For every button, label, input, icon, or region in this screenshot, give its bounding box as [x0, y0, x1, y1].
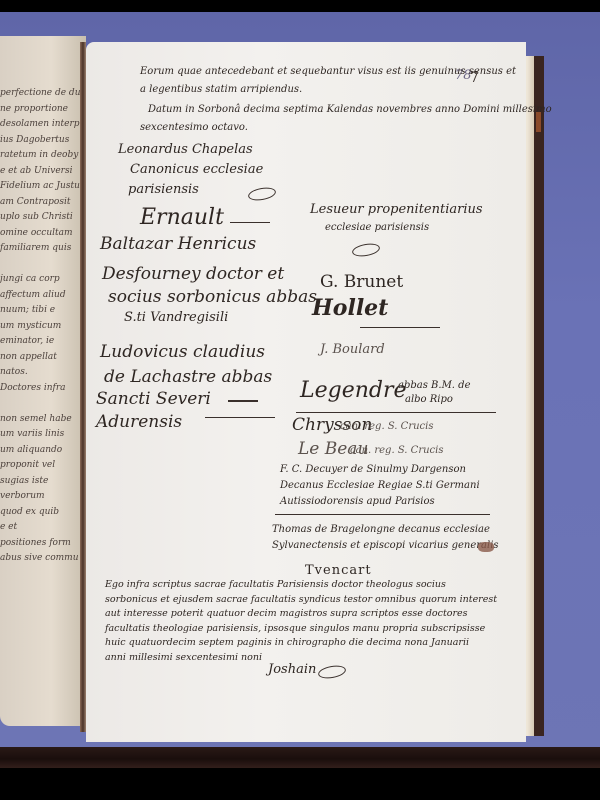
left-page-line: perfectione de duoq.: [0, 86, 84, 102]
signature-legendre: Legendre: [300, 378, 407, 403]
left-page-line: e et: [0, 520, 84, 536]
left-page-line: eminator, ie: [0, 334, 84, 350]
signature-bragelongne-1: Thomas de Bragelongne decanus ecclesiae: [272, 524, 490, 535]
left-page-line: natos.: [0, 365, 84, 381]
preamble-line-3: Datum in Sorbonâ decima septima Kalendas…: [148, 104, 552, 115]
underline: [228, 400, 258, 402]
preamble-line-1: Eorum quae antecedebant et sequebantur v…: [140, 66, 516, 77]
signature-desfourney-2: socius sorbonicus abbas: [108, 287, 317, 307]
attestation-line: facultatis theologiae parisiensis, ipsos…: [105, 622, 510, 637]
signature-lebeau-2: can. reg. S. Crucis: [350, 445, 443, 456]
signature-boulard: J. Boulard: [320, 342, 385, 357]
left-page-line: positiones form: [0, 536, 84, 552]
left-page-text: perfectione de duoq.ne proportionedesola…: [0, 86, 84, 567]
attestation-paragraph: Ego infra scriptus sacrae facultatis Par…: [105, 578, 510, 665]
left-page-line: ius Dagobertus: [0, 133, 84, 149]
left-page-line: abus sive commu: [0, 551, 84, 567]
left-page-line: omine occultam: [0, 226, 84, 242]
signature-chrysson-2: can. reg. S. Crucis: [340, 421, 433, 432]
preamble-line-4: sexcentesimo octavo.: [140, 122, 248, 133]
attestation-line: Ego infra scriptus sacrae facultatis Par…: [105, 578, 510, 593]
signature-chapelas-3: parisiensis: [128, 182, 199, 197]
left-page-line: uplo sub Christi: [0, 210, 84, 226]
left-page-line: desolamen interpel: [0, 117, 84, 133]
left-page-line: non semel habe: [0, 412, 84, 428]
preamble-line-2: a legentibus statim arripiendus.: [140, 84, 302, 95]
left-page-line: um mysticum: [0, 319, 84, 335]
left-page-line: nuum; tibi e: [0, 303, 84, 319]
signature-desfourney-1: Desfourney doctor et: [102, 264, 284, 284]
divider: [296, 412, 496, 413]
attestation-line: aut interesse poterit quatuor decim magi…: [105, 607, 510, 622]
signature-ernault: Ernault: [140, 205, 224, 230]
rust-stain: [536, 112, 541, 132]
left-page-line: quod ex quib: [0, 505, 84, 521]
signature-chapelas-1: Leonardus Chapelas: [118, 142, 253, 157]
underline: [230, 222, 270, 223]
signature-lachastre-1: Ludovicus claudius: [100, 342, 265, 362]
underline: [205, 417, 275, 418]
left-page-line: um variis linis: [0, 427, 84, 443]
signature-legendre-2: abbas B.M. de: [398, 380, 470, 391]
signature-hollet: Hollet: [312, 295, 388, 321]
signature-chapelas-2: Canonicus ecclesiae: [130, 162, 263, 177]
left-page-line: [0, 396, 84, 412]
signature-baltazar: Baltazar Henricus: [100, 234, 256, 254]
signature-bragelongne-2: Sylvanectensis et episcopi vicarius gene…: [272, 540, 499, 551]
left-page-line: affectum aliud: [0, 288, 84, 304]
signature-tvencart: Tvencart: [305, 563, 372, 578]
signature-decuyer-1: F. C. Decuyer de Sinulmy Dargenson: [280, 464, 466, 475]
divider: [275, 514, 490, 515]
left-page-line: jungi ca corp: [0, 272, 84, 288]
left-page-line: am Contraposit: [0, 195, 84, 211]
attestation-line: huic quatuordecim septem paginis in chir…: [105, 636, 510, 651]
left-page: perfectione de duoq.ne proportionedesola…: [0, 36, 86, 726]
signature-lachastre-2: de Lachastre abbas: [104, 367, 272, 387]
signature-legendre-3: albo Ripo: [405, 394, 453, 405]
left-page-line: um aliquando: [0, 443, 84, 459]
signature-lachastre-4: Adurensis: [96, 412, 182, 432]
left-page-line: [0, 257, 84, 273]
left-page-line: non appellat: [0, 350, 84, 366]
left-page-line: verborum: [0, 489, 84, 505]
left-page-line: sugias iste: [0, 474, 84, 490]
cover-edge: [534, 56, 544, 736]
signature-joshain: Joshain: [268, 662, 316, 677]
signature-desfourney-3: S.ti Vandregisili: [124, 310, 228, 325]
photo-background: perfectione de duoq.ne proportionedesola…: [0, 12, 600, 768]
table-edge: [0, 747, 600, 768]
left-page-line: Fidelium ac Justum: [0, 179, 84, 195]
left-page-line: e et ab Universi: [0, 164, 84, 180]
signature-lachastre-3: Sancti Severi: [96, 389, 211, 409]
left-page-line: proponit vel: [0, 458, 84, 474]
signature-lesueur-1: Lesueur propenitentiarius: [310, 202, 483, 217]
underline: [360, 327, 440, 328]
signature-decuyer-3: Autissiodorensis apud Parisios: [280, 496, 435, 507]
attestation-line: sorbonicus et ejusdem sacrae facultatis …: [105, 593, 510, 608]
left-page-line: ne proportione: [0, 102, 84, 118]
signature-lesueur-2: ecclesiae parisiensis: [325, 222, 429, 233]
left-page-line: Doctores infra: [0, 381, 84, 397]
left-page-line: ratetum in deoby: [0, 148, 84, 164]
signature-brunet: G. Brunet: [320, 272, 403, 292]
left-page-line: familiarem quis: [0, 241, 84, 257]
paraph-red: [478, 542, 494, 552]
signature-decuyer-2: Decanus Ecclesiae Regiae S.ti Germani: [280, 480, 480, 491]
